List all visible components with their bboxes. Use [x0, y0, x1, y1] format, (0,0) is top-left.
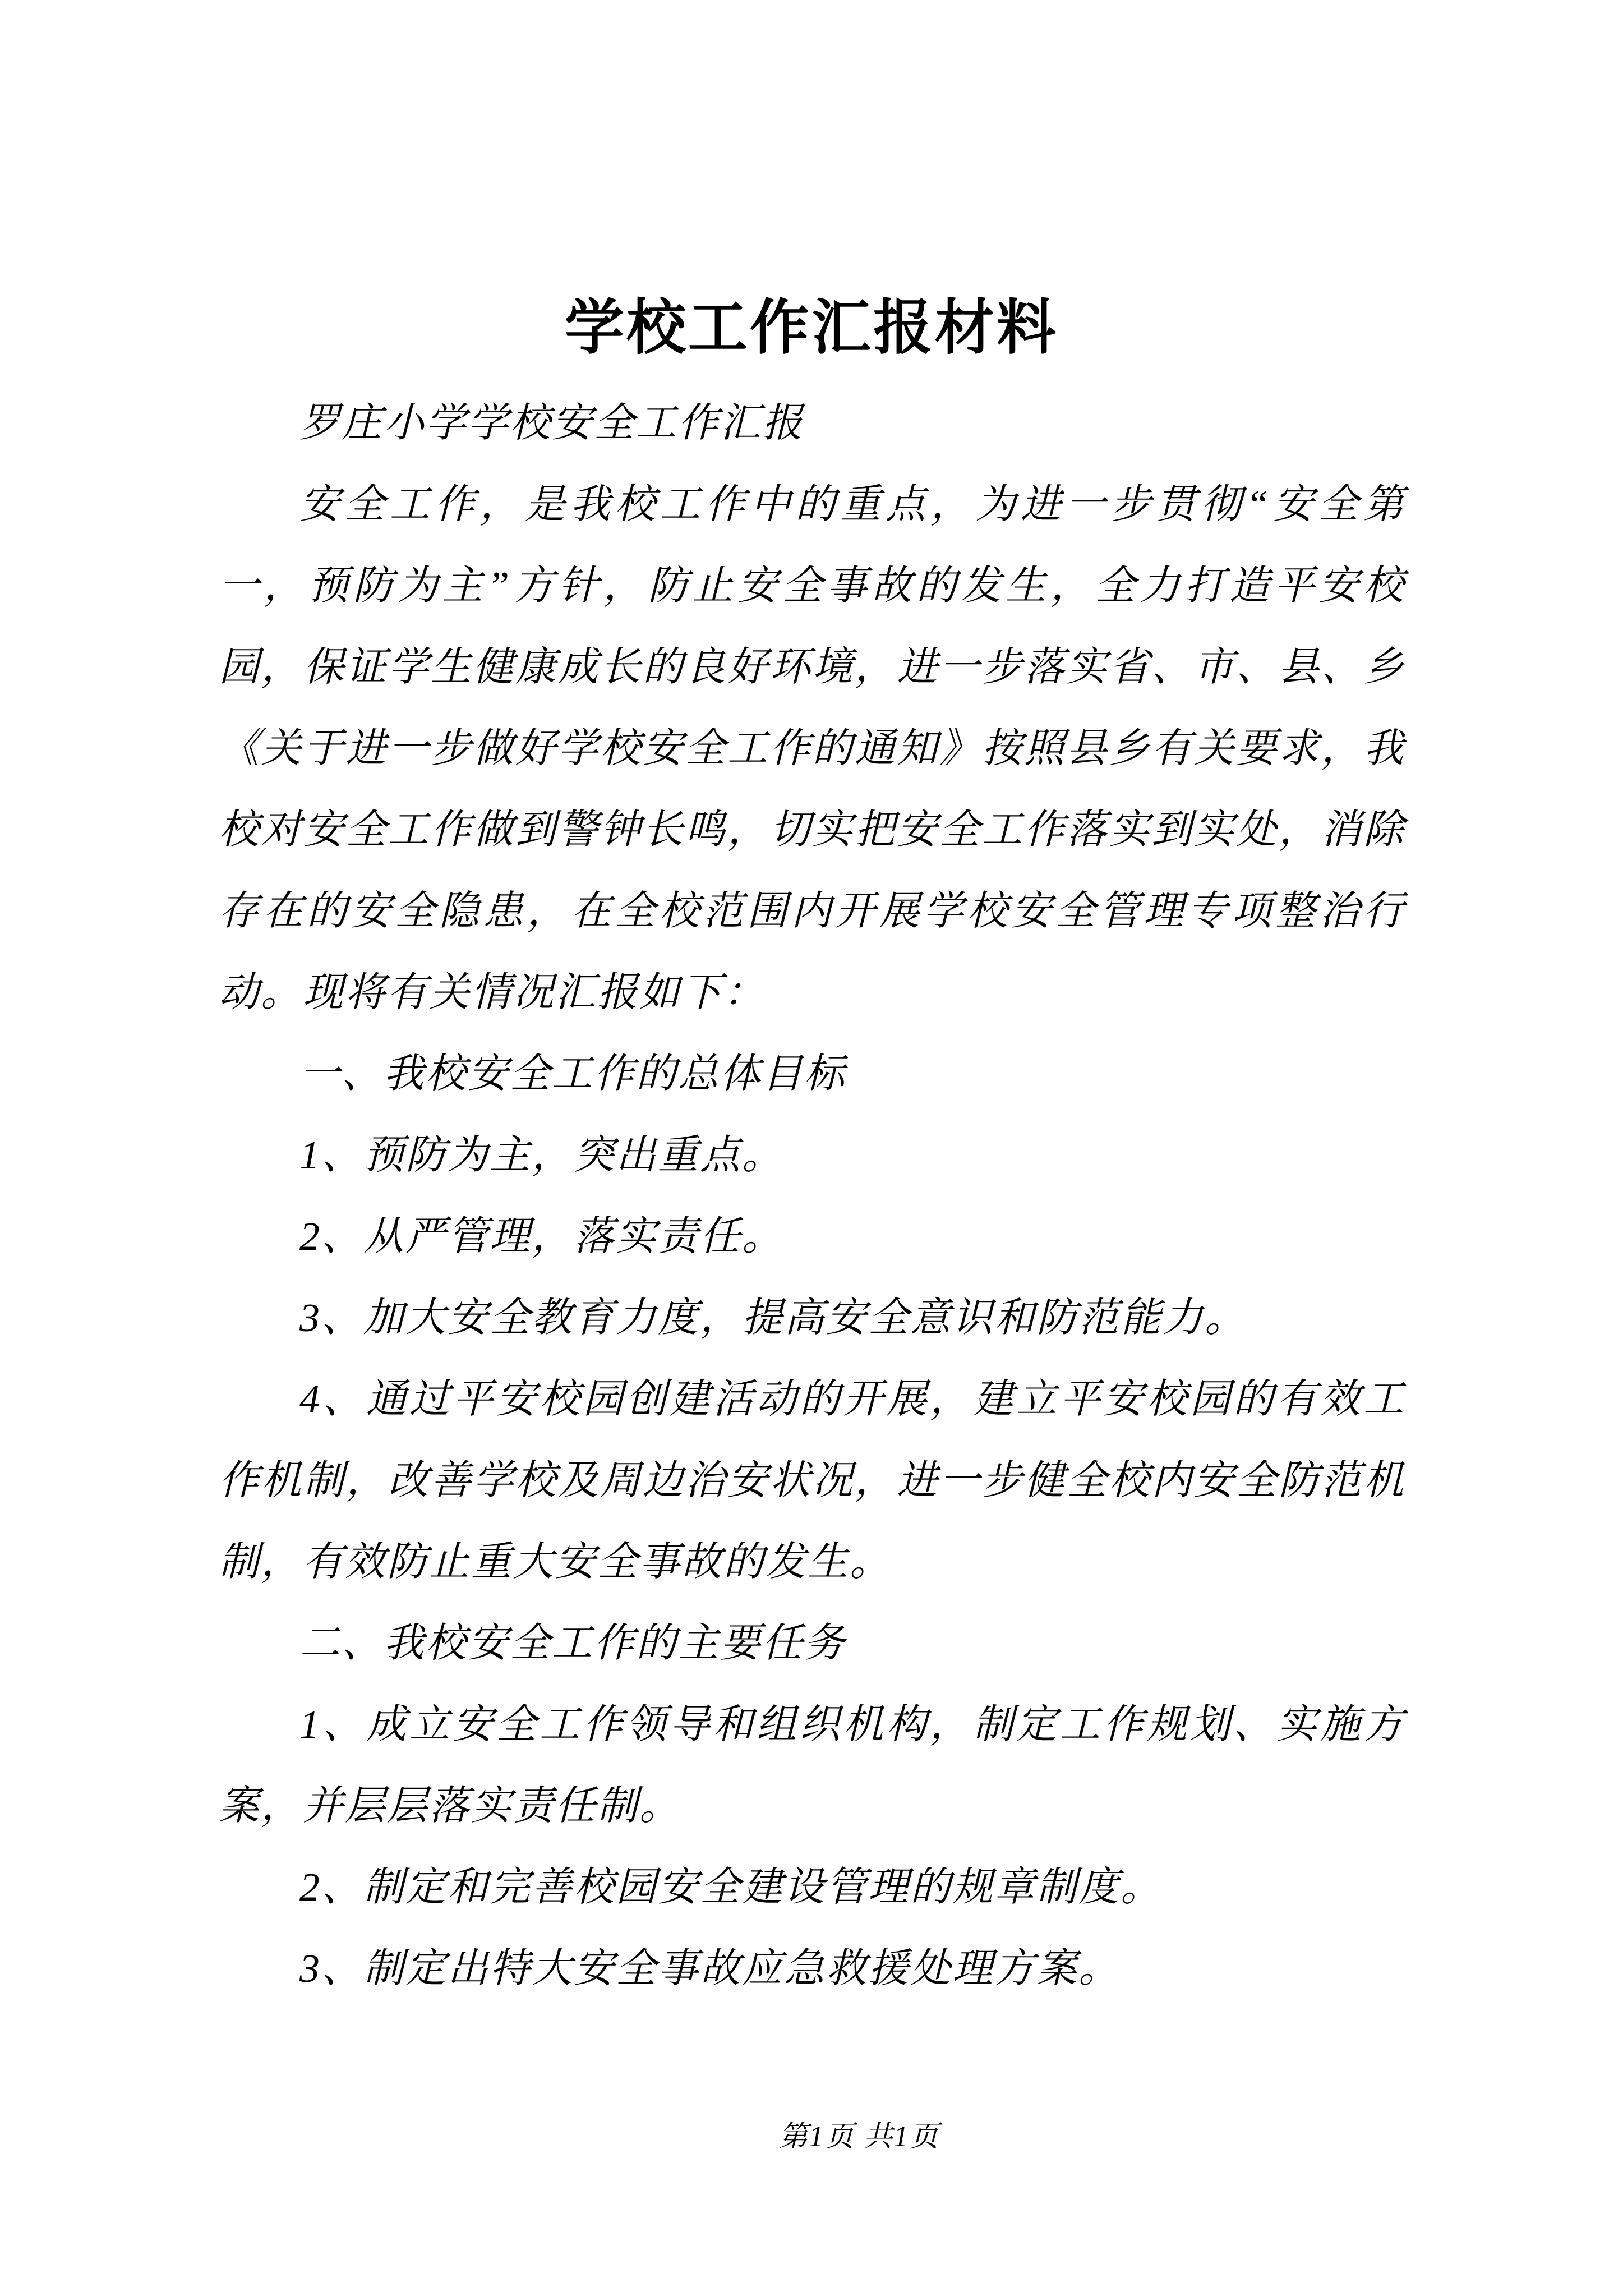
document-body: 罗庄小学学校安全工作汇报 安全工作，是我校工作中的重点，为进一步贯彻“安全第一，…	[219, 383, 1405, 2009]
task-item-1: 1、成立安全工作领导和组织机构，制定工作规划、实施方案，并层层落实责任制。	[219, 1684, 1405, 1847]
report-subtitle: 罗庄小学学校安全工作汇报	[219, 383, 1405, 464]
goal-item-3: 3、加大安全教育力度，提高安全意识和防范能力。	[219, 1277, 1405, 1359]
task-item-2: 2、制定和完善校园安全建设管理的规章制度。	[219, 1847, 1405, 1928]
goal-item-1: 1、预防为主，突出重点。	[219, 1115, 1405, 1196]
task-item-3: 3、制定出特大安全事故应急救援处理方案。	[219, 1928, 1405, 2009]
document-page: 学校工作汇报材料 罗庄小学学校安全工作汇报 安全工作，是我校工作中的重点，为进一…	[0, 0, 1623, 2296]
page-number-footer: 第1页 共1页	[0, 2119, 1623, 2155]
document-title: 学校工作汇报材料	[0, 296, 1623, 360]
section-1-heading: 一、我校安全工作的总体目标	[219, 1033, 1405, 1115]
goal-item-2: 2、从严管理，落实责任。	[219, 1196, 1405, 1277]
section-2-heading: 二、我校安全工作的主要任务	[219, 1603, 1405, 1684]
goal-item-4: 4、通过平安校园创建活动的开展，建立平安校园的有效工作机制，改善学校及周边治安状…	[219, 1359, 1405, 1603]
intro-paragraph: 安全工作，是我校工作中的重点，为进一步贯彻“安全第一，预防为主”方针，防止安全事…	[219, 464, 1405, 1033]
